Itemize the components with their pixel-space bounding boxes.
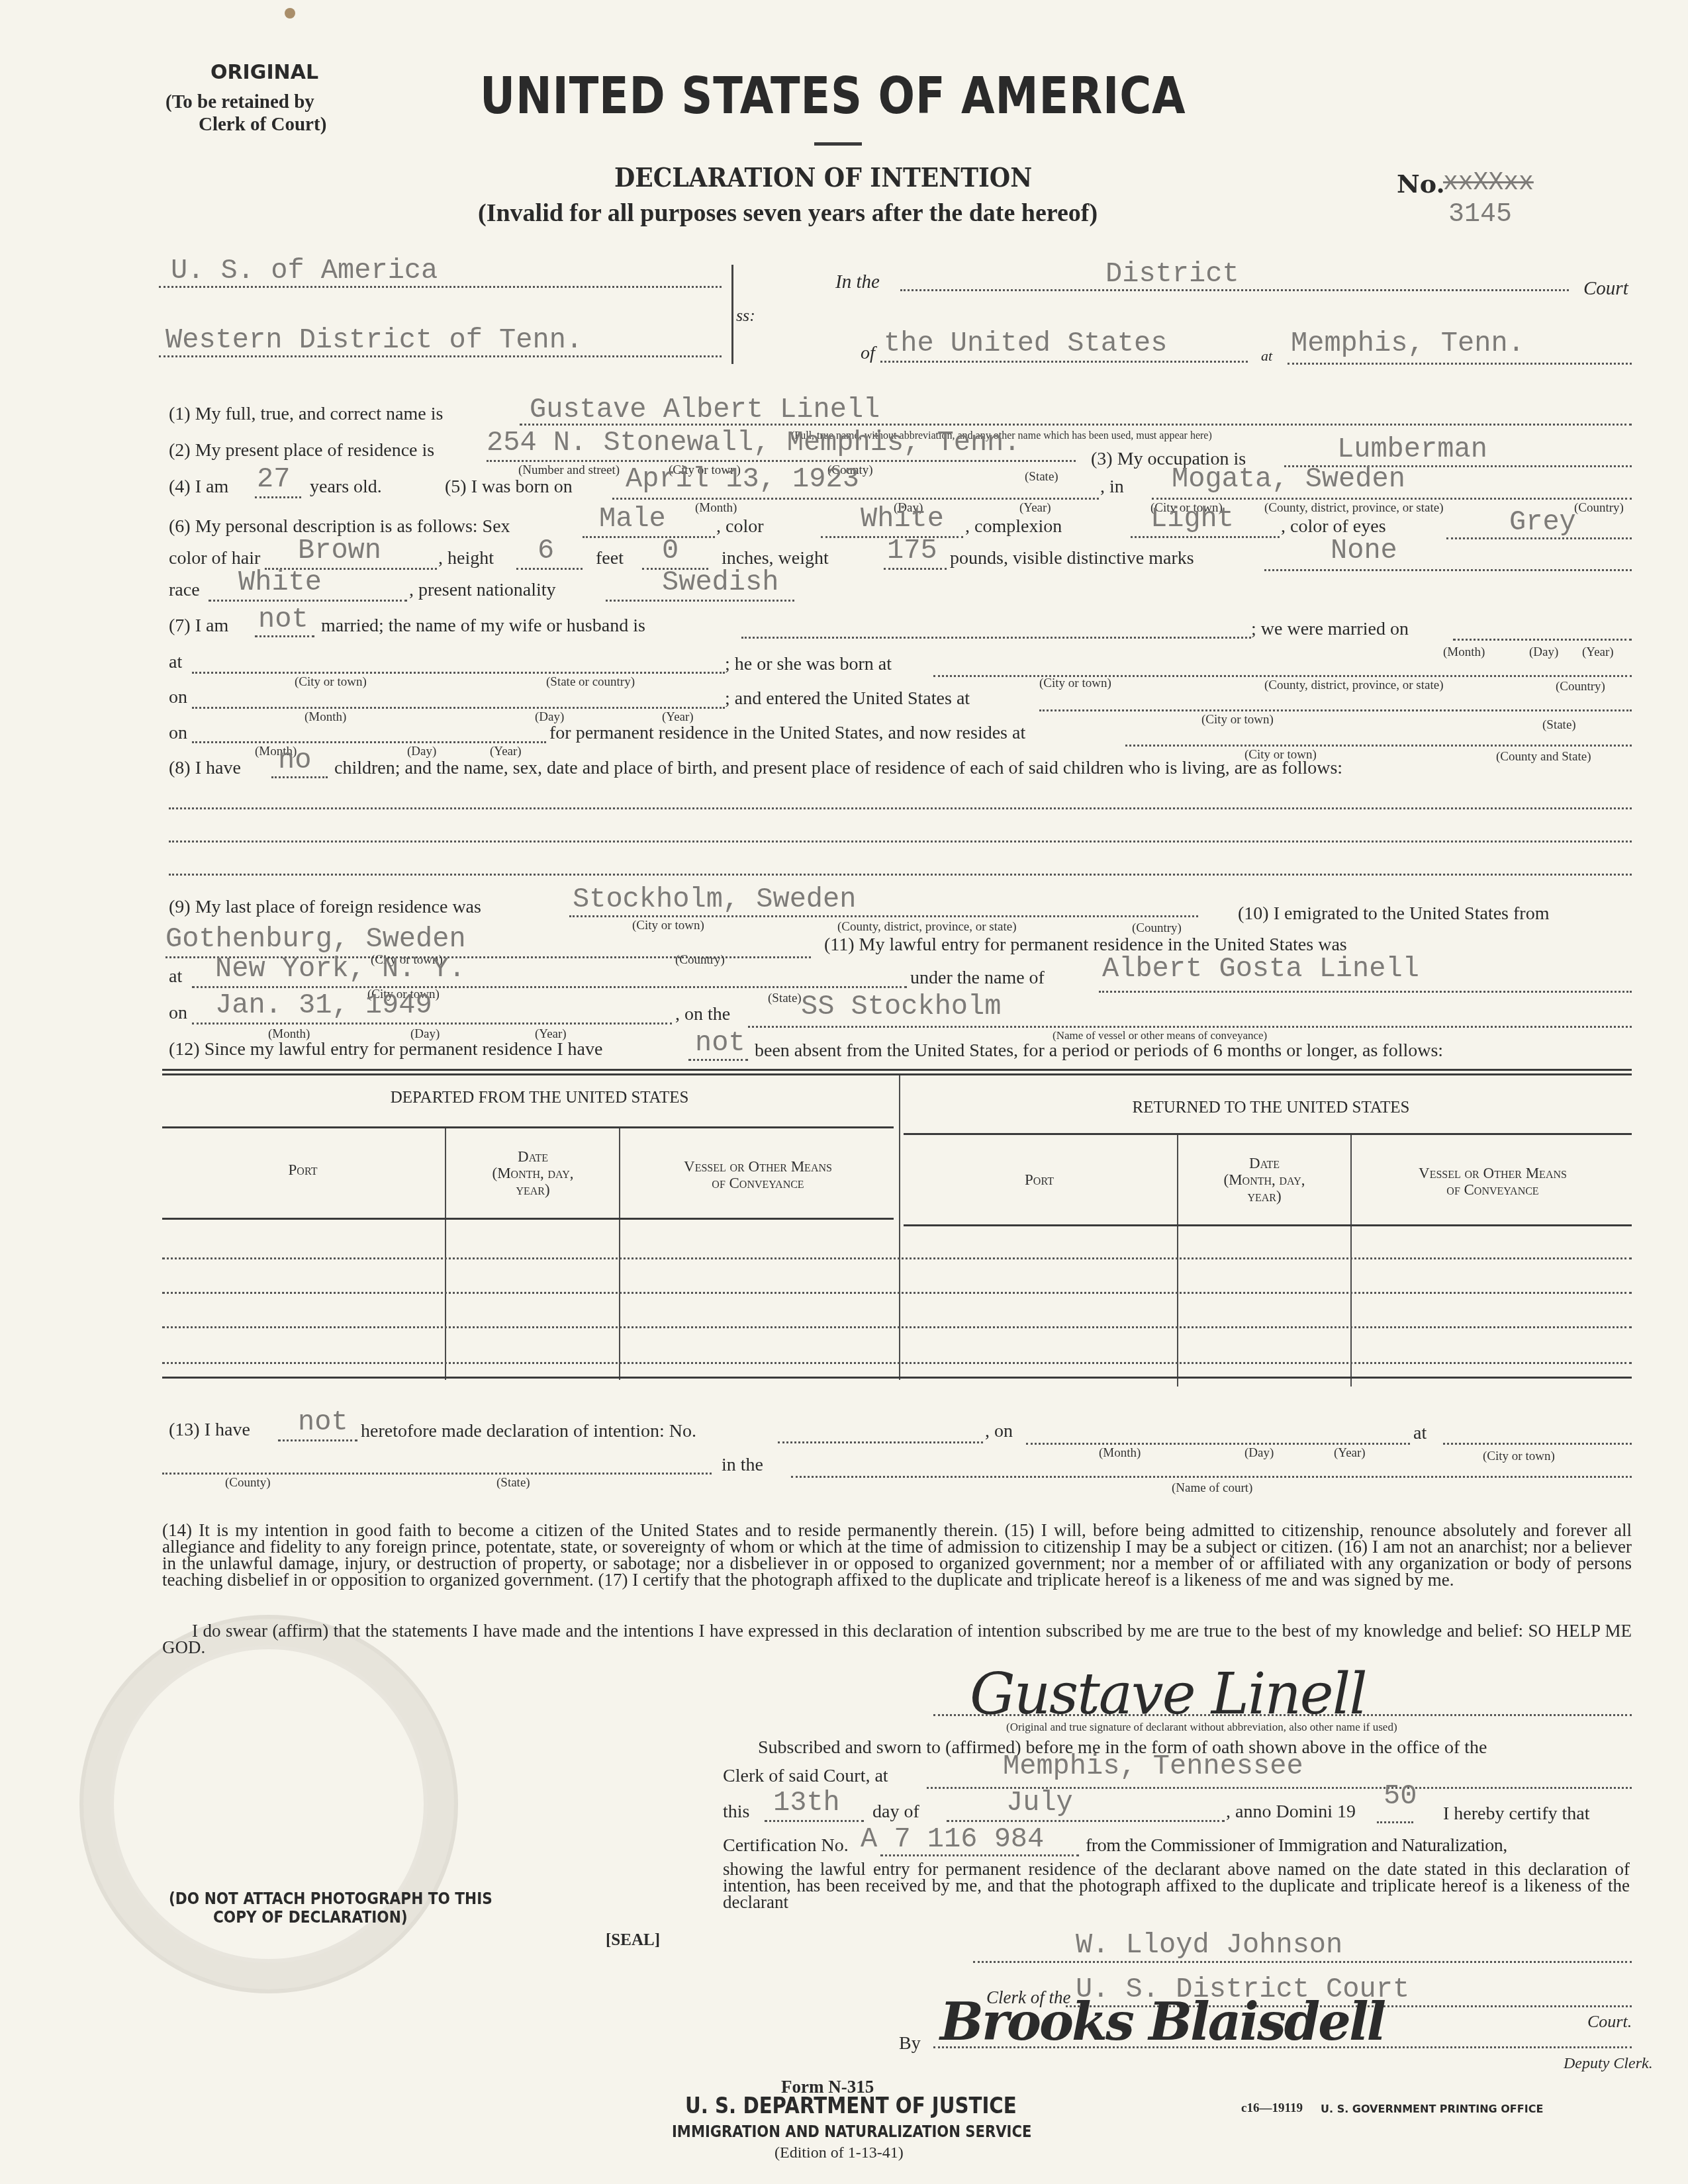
swear-paragraph: I do swear (affirm) that the statements … (162, 1623, 1632, 1656)
marks-field[interactable]: None (1331, 535, 1397, 567)
prior-hint-year: (Year) (1334, 1446, 1366, 1461)
ret-col-date-1: Date (1178, 1155, 1350, 1172)
table-center-divider (899, 1075, 900, 1380)
absent-status-line (688, 1059, 748, 1061)
spouse-resides-label: for permanent residence in the United St… (549, 723, 1025, 744)
ret-col-date-2: (Month, day, (1178, 1171, 1350, 1189)
spouse-on-line (192, 707, 725, 709)
dep-colhead-rule (162, 1218, 894, 1220)
copy-label: ORIGINAL (211, 61, 318, 84)
prior-hint-county: (County) (225, 1476, 271, 1490)
cert-number-field[interactable]: A 7 116 984 (861, 1823, 1044, 1855)
married-at-hint-state: (State or country) (546, 675, 635, 690)
full-name-line (520, 424, 1632, 426)
spouse-born-hint-county: (County, district, province, or state) (1264, 678, 1444, 693)
complexion-label: , complexion (965, 516, 1062, 537)
children-line-2 (169, 841, 1632, 842)
spouse-on-hint-month: (Month) (305, 710, 346, 725)
q8-label: (8) I have (169, 758, 241, 779)
residence-hint-state: (State) (1025, 470, 1058, 484)
ret-col-vessel-2: of Conveyance (1354, 1181, 1632, 1199)
q13-intention-label: heretofore made declaration of intention… (361, 1421, 696, 1442)
spouse-on2-hint-day: (Day) (407, 745, 436, 759)
this-label: this (723, 1801, 749, 1823)
sex-line (583, 536, 715, 538)
married-on-line (1453, 639, 1632, 641)
spouse-resides-hint-state: (County and State) (1496, 750, 1591, 764)
color-field[interactable]: White (861, 503, 944, 535)
spouse-name-line (741, 637, 1251, 639)
departed-header-rule (162, 1126, 894, 1128)
service-name: IMMIGRATION AND NATURALIZATION SERVICE (672, 2122, 1031, 2141)
q2-label: (2) My present place of residence is (169, 440, 434, 461)
eyes-field[interactable]: Grey (1509, 506, 1576, 538)
table-row[interactable] (162, 1326, 1632, 1328)
punch-hole (285, 8, 295, 19)
seal-label: [SEAL] (606, 1931, 660, 1950)
q4-label: (4) I am (169, 477, 228, 498)
prior-hint-state: (State) (496, 1476, 530, 1490)
last-foreign-residence-line (569, 915, 1198, 917)
q13-status-field[interactable]: not (298, 1406, 348, 1438)
prior-at-label: at (1413, 1423, 1427, 1444)
print-code: c16—19119 (1241, 2101, 1303, 2116)
page-title: UNITED STATES OF AMERICA (480, 66, 1186, 125)
vessel-field[interactable]: SS Stockholm (801, 991, 1001, 1023)
venue-district: Western District of Tenn. (165, 324, 583, 356)
prior-in-the-label: in the (722, 1455, 763, 1476)
spouse-entered-hint-city: (City or town) (1201, 713, 1274, 727)
q12-label: (12) Since my lawful entry for permanent… (169, 1039, 602, 1060)
copy-note-line2: Clerk of Court) (199, 114, 326, 136)
hair-field[interactable]: Brown (298, 535, 381, 567)
color-label: , color (716, 516, 764, 537)
married-status-field[interactable]: not (258, 604, 308, 635)
married-hint-year: (Year) (1582, 645, 1614, 660)
q1-label: (1) My full, true, and correct name is (169, 404, 443, 425)
foreign-hint-county: (County, district, province, or state) (837, 920, 1017, 934)
dep-col-port: Port (162, 1161, 444, 1179)
entry-port-line (192, 986, 907, 988)
cert-number-line (880, 1854, 1079, 1856)
prior-place-line (162, 1473, 712, 1475)
spouse-born-hint-country: (Country) (1556, 680, 1605, 694)
prior-hint-city: (City or town) (1483, 1449, 1555, 1464)
court-type-line (900, 289, 1569, 291)
age-line (255, 496, 301, 498)
declaration-number: 3145 (1448, 200, 1512, 230)
departed-title: DEPARTED FROM THE UNITED STATES (189, 1089, 890, 1107)
table-row[interactable] (162, 1257, 1632, 1259)
prior-on-label: , on (985, 1421, 1013, 1442)
table-row[interactable] (162, 1362, 1632, 1364)
prior-date-line (1026, 1443, 1410, 1445)
spouse-on2-line (192, 741, 546, 743)
certify-label: I hereby certify that (1443, 1803, 1590, 1825)
spouse-entered-hint-state: (State) (1542, 718, 1576, 733)
weight-field[interactable]: 175 (887, 535, 937, 567)
edition-note: (Edition of 1-13-41) (774, 2144, 904, 2162)
spouse-on-label: on (169, 687, 187, 708)
title-rule (814, 142, 862, 146)
race-label: race (169, 580, 200, 601)
signature-hint: (Original and true signature of declaran… (1006, 1721, 1397, 1734)
court-type: District (1105, 258, 1239, 290)
court-location: Memphis, Tenn. (1291, 328, 1524, 359)
entry-name-line (1099, 991, 1632, 993)
spouse-on2-hint-year: (Year) (490, 745, 522, 759)
children-line-3 (169, 874, 1632, 876)
birth-date-field[interactable]: April 13, 1923 (626, 463, 859, 495)
last-foreign-residence-field[interactable]: Stockholm, Sweden (573, 884, 856, 915)
nationality-line (606, 600, 794, 602)
dep-col-vessel-1: Vessel or Other Means (622, 1158, 894, 1175)
cert-text-b: showing the lawful entry for permanent r… (723, 1861, 1630, 1911)
race-line (209, 600, 407, 602)
birth-place-line (1152, 498, 1632, 500)
court-label: Court (1583, 278, 1628, 300)
married-hint-month: (Month) (1443, 645, 1485, 660)
birth-place-field[interactable]: Mogata, Sweden (1172, 463, 1405, 495)
married-at-hint-city: (City or town) (295, 675, 367, 690)
deputy-signature: Brooks Blaisdell (940, 1992, 1384, 2052)
jurat-year-line (1377, 1821, 1413, 1823)
returned-title: RETURNED TO THE UNITED STATES (910, 1099, 1632, 1117)
table-bottom-rule (162, 1377, 1632, 1379)
dep-col-date-1: Date (447, 1148, 619, 1165)
birth-in-label: , in (1100, 477, 1124, 498)
height-feet-line (516, 568, 583, 570)
married-hint-day: (Day) (1529, 645, 1558, 660)
ret-col-port: Port (904, 1171, 1175, 1189)
jurat-month-line (947, 1820, 1225, 1822)
married-at-line (192, 672, 725, 674)
cert-text-a: from the Commissioner of Immigration and… (1086, 1835, 1507, 1856)
race-field[interactable]: White (238, 567, 322, 598)
entry-port-field[interactable]: New York, N. Y. (215, 953, 465, 985)
married-status-line (255, 635, 314, 637)
vessel-line (748, 1026, 1632, 1028)
complexion-field[interactable]: Light (1150, 503, 1234, 535)
spouse-entered-line (1039, 709, 1632, 711)
pounds-label: pounds, visible distinctive marks (950, 548, 1194, 569)
dep-col-divider-2 (619, 1128, 620, 1380)
ss-label: ss: (736, 306, 755, 326)
table-top-rule-2 (162, 1073, 1632, 1075)
at-label: at (1261, 347, 1272, 365)
spouse-entered-label: ; and entered the United States at (725, 688, 970, 709)
entry-on-label: on (169, 1003, 187, 1024)
weight-line (884, 568, 947, 570)
dep-col-divider-1 (445, 1128, 446, 1380)
court-of-line (880, 361, 1248, 363)
number-struck: xxXXxx (1443, 169, 1534, 197)
ret-col-date-3: year) (1178, 1188, 1350, 1205)
entry-hint-state: (State) (768, 991, 802, 1006)
entry-name-field[interactable]: Albert Gosta Linell (1102, 953, 1419, 985)
declarant-signature-line (933, 1714, 1632, 1716)
prior-hint-court: (Name of court) (1172, 1481, 1252, 1496)
q13-status-line (278, 1439, 357, 1441)
q8-children-label: children; and the name, sex, date and pl… (334, 758, 1342, 779)
printer-name: U. S. GOVERNMENT PRINTING OFFICE (1321, 2103, 1543, 2115)
entry-at-label: at (169, 966, 182, 987)
returned-header-rule (904, 1133, 1632, 1135)
eyes-line (1446, 537, 1632, 539)
q5-label: (5) I was born on (445, 477, 573, 498)
q7-label: (7) I am (169, 615, 228, 637)
feet-label: feet (596, 548, 624, 569)
spouse-resides-line (1125, 745, 1632, 747)
birth-hint-month: (Month) (695, 501, 737, 516)
number-label: No. (1397, 169, 1445, 199)
oath-paragraph: (14) It is my intention in good faith to… (162, 1522, 1632, 1588)
venue-country: U. S. of America (171, 255, 438, 287)
in-the-label: In the (835, 271, 880, 293)
under-name-label: under the name of (910, 968, 1045, 989)
ret-col-vessel-1: Vessel or Other Means (1354, 1165, 1632, 1182)
venue-district-line (159, 355, 722, 357)
ret-col-divider-2 (1350, 1135, 1352, 1387)
table-row[interactable] (162, 1292, 1632, 1294)
jurat-day-field[interactable]: 13th (773, 1787, 840, 1819)
venue-country-line (159, 286, 722, 288)
emigrated-hint-country: (Country) (675, 953, 725, 968)
nationality-label: , present nationality (409, 580, 556, 601)
full-name-field[interactable]: Gustave Albert Linell (530, 394, 880, 426)
department-name: U. S. DEPARTMENT OF JUSTICE (685, 2093, 1017, 2119)
q7-spouse-label: married; the name of my wife or husband … (321, 615, 645, 637)
birth-date-line (612, 498, 1099, 500)
residence-hint-street: (Number and street) (518, 463, 620, 478)
foreign-hint-country: (Country) (1132, 921, 1182, 936)
birth-hint-country: (Country) (1574, 501, 1624, 516)
emigrated-from-field[interactable]: Gothenburg, Sweden (165, 923, 466, 955)
q10-label: (10) I emigrated to the United States fr… (1238, 903, 1549, 925)
height-feet-field[interactable]: 6 (538, 535, 554, 567)
marks-line (1264, 569, 1632, 571)
validity-note: (Invalid for all purposes seven years af… (478, 199, 1098, 228)
jurat-month-field[interactable]: July (1006, 1787, 1073, 1819)
q13-label: (13) I have (169, 1420, 250, 1441)
sex-field[interactable]: Male (599, 503, 666, 535)
children-field[interactable]: no (278, 745, 311, 776)
absent-status-field[interactable]: not (695, 1027, 745, 1059)
clerk-at-label: Clerk of said Court, at (723, 1766, 888, 1787)
dep-col-date-3: year) (447, 1181, 619, 1199)
entry-date-line (192, 1023, 672, 1024)
foreign-hint-city: (City or town) (632, 919, 704, 933)
dep-col-vessel-2: of Conveyance (622, 1175, 894, 1192)
court-of: the United States (884, 328, 1167, 359)
height-label: , height (438, 548, 494, 569)
embossed-seal-icon (79, 1615, 458, 1993)
occupation-field[interactable]: Lumberman (1337, 433, 1487, 465)
children-line-1 (169, 807, 1632, 809)
spouse-born-hint-city: (City or town) (1039, 676, 1111, 691)
jurat-place-field[interactable]: Memphis, Tennessee (1003, 1751, 1303, 1782)
by-label: By (899, 2033, 921, 2054)
prior-at-line (1443, 1443, 1632, 1445)
entry-date-field[interactable]: Jan. 31, 1949 (215, 989, 432, 1021)
venue-brace (725, 265, 733, 364)
age-field[interactable]: 27 (257, 463, 290, 495)
spouse-born-line (933, 675, 1632, 677)
clerk-name-line (973, 1961, 1632, 1963)
q12-absence-label: been absent from the United States, for … (755, 1040, 1443, 1062)
ret-colhead-rule (904, 1224, 1632, 1226)
cert-label: Certification No. (723, 1835, 849, 1856)
jurat-day-line (765, 1820, 864, 1822)
complexion-line (1131, 536, 1280, 538)
prior-hint-day: (Day) (1244, 1446, 1274, 1461)
height-inches-field[interactable]: 0 (662, 535, 679, 567)
photo-note-line2: COPY OF DECLARATION) (213, 1908, 408, 1927)
photo-note-line1: (DO NOT ATTACH PHOTOGRAPH TO THIS (169, 1889, 492, 1908)
birth-hint-year: (Year) (1019, 501, 1051, 516)
deputy-signature-line (933, 2046, 1632, 2048)
day-of-label: day of (872, 1801, 919, 1823)
married-on-label: ; we were married on (1251, 619, 1409, 640)
prior-court-line (791, 1476, 1632, 1478)
prior-hint-month: (Month) (1099, 1446, 1141, 1461)
q4-years-label: years old. (310, 477, 382, 498)
table-top-rule-1 (162, 1069, 1632, 1071)
prior-number-line (778, 1441, 983, 1443)
anno-label: , anno Domini 19 (1226, 1801, 1356, 1823)
court-suffix-label: Court. (1587, 2012, 1632, 2032)
residence-line (487, 460, 1076, 462)
copy-note-line1: (To be retained by (165, 91, 314, 113)
jurat-year-field[interactable]: 50 (1383, 1780, 1417, 1812)
nationality-field[interactable]: Swedish (662, 567, 778, 598)
q9-label: (9) My last place of foreign residence w… (169, 897, 481, 918)
deputy-label: Deputy Clerk. (1564, 2055, 1653, 2073)
of-label: of (861, 343, 875, 364)
married-at-label: at (169, 652, 182, 673)
dep-col-date-2: (Month, day, (447, 1165, 619, 1182)
on-the-label: , on the (675, 1004, 730, 1025)
children-line (271, 776, 328, 778)
declarant-signature: Gustave Linell (970, 1661, 1366, 1727)
birth-hint-county: (County, district, province, or state) (1264, 501, 1444, 516)
form-subtitle: DECLARATION OF INTENTION (614, 162, 1032, 193)
clerk-name: W. Lloyd Johnson (1076, 1929, 1342, 1961)
spouse-born-label: ; he or she was born at (725, 654, 892, 675)
spouse-on2-label: on (169, 723, 187, 744)
court-location-line (1288, 363, 1632, 365)
residence-field[interactable]: 254 N. Stonewall, Memphis, Tenn. (487, 427, 1021, 459)
